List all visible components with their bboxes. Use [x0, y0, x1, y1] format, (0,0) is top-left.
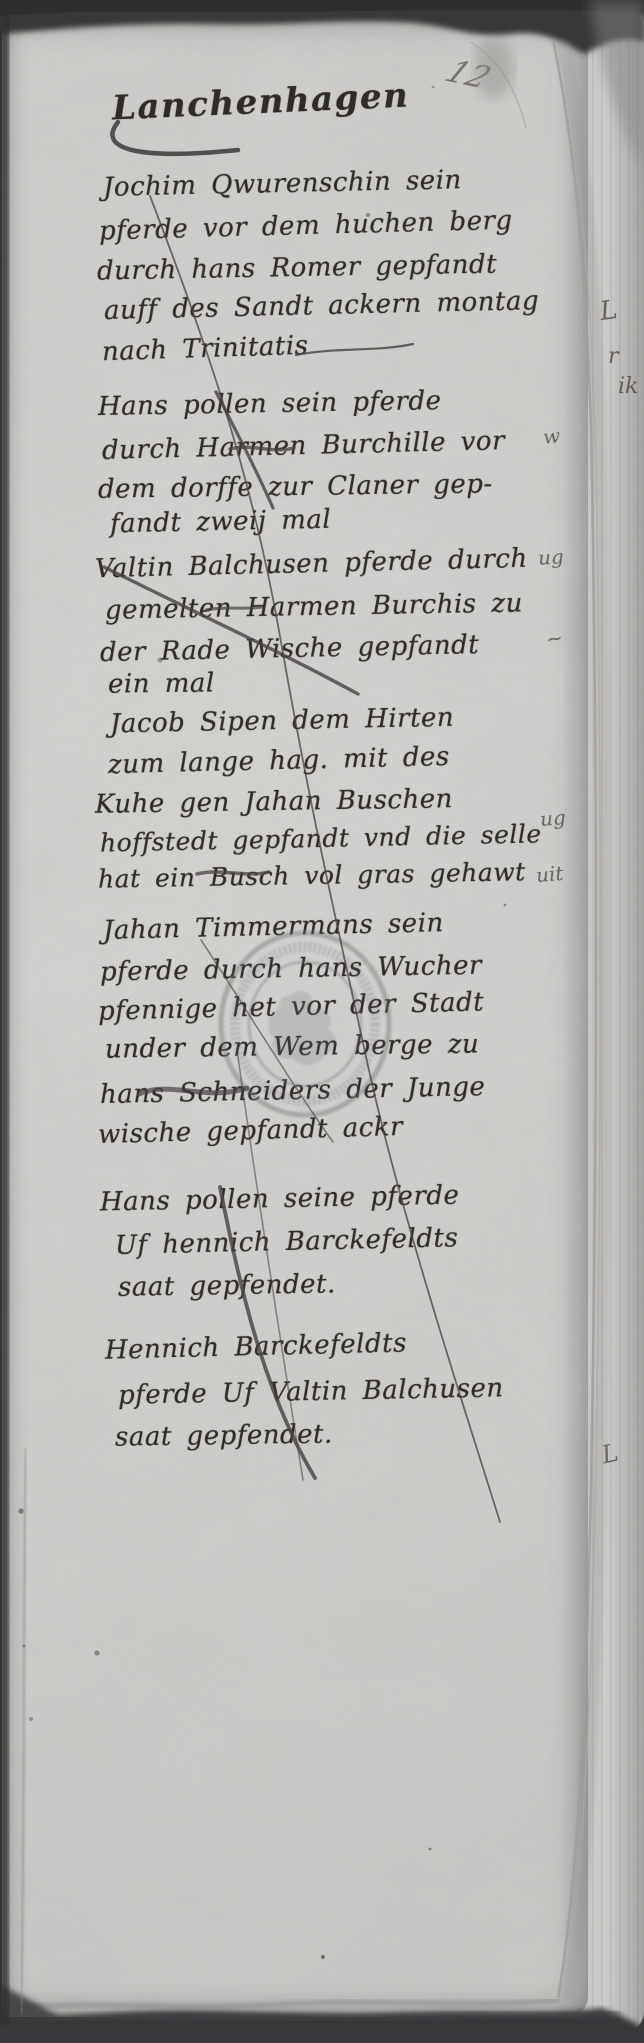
ink-speck: [432, 86, 435, 89]
ink-speck: [504, 904, 507, 907]
cancellation-stroke: [197, 872, 269, 874]
corner-smudge: [474, 38, 514, 98]
cancellation-stroke: [230, 447, 294, 450]
ink-specks: [18, 86, 506, 1959]
manuscript-scan: Lanchenhagen 12 Jochim Qwurenschin seinp…: [0, 0, 644, 2043]
ink-speck: [429, 1848, 432, 1851]
top-right-stack-shadow: [588, 0, 644, 170]
cancellation-stroke: [139, 1088, 247, 1094]
binding-shadow: [0, 14, 9, 2024]
ink-speck: [321, 1955, 325, 1959]
cancellation-stroke: [150, 196, 500, 1522]
ink-speck: [29, 1717, 33, 1721]
bottom-deckle-line: [16, 2000, 560, 2008]
cancellation-strokes: [104, 122, 500, 1522]
cancellation-stroke: [220, 1187, 315, 1478]
cancellation-stroke: [104, 567, 358, 694]
ink-speck: [157, 657, 162, 662]
cancellation-stroke: [112, 122, 238, 154]
page-artwork: [0, 0, 644, 2043]
cancellation-stroke: [296, 344, 413, 355]
fold-shading: [553, 40, 610, 1998]
stamp-center-emblem: [268, 991, 336, 1065]
gutter-crease: [21, 1448, 26, 2014]
cancellation-stroke: [206, 607, 262, 610]
ink-speck: [94, 1650, 99, 1655]
ink-speck: [18, 1508, 23, 1513]
ink-speck: [366, 213, 370, 217]
